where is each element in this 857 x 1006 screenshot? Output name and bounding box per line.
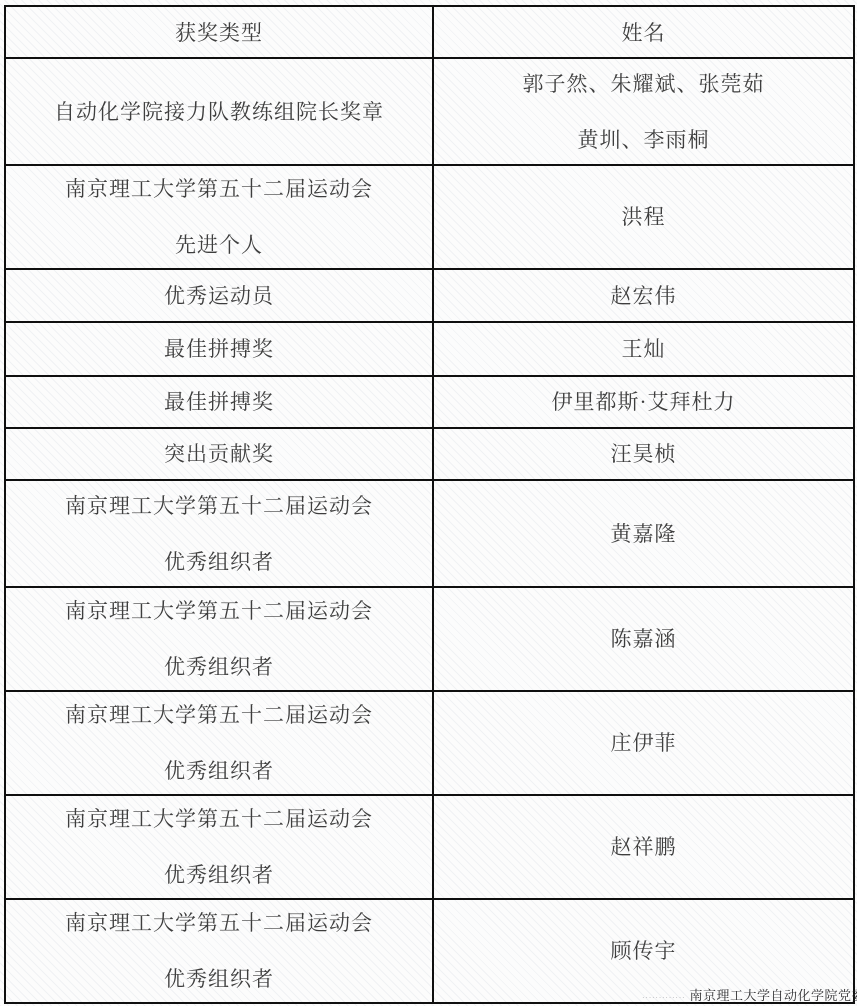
award-type-text: 南京理工大学第五十二届运动会 <box>65 911 373 935</box>
award-type-cell: 最佳拼搏奖 <box>5 322 433 376</box>
name-cell: 洪程 <box>433 165 854 269</box>
award-type-cell: 南京理工大学第五十二届运动会 优秀组织者 <box>5 587 433 691</box>
award-type-text: 先进个人 <box>175 233 263 257</box>
award-type-text: 优秀组织者 <box>164 759 274 783</box>
name-text: 陈嘉涵 <box>611 627 677 651</box>
name-cell: 赵宏伟 <box>433 269 854 322</box>
name-text: 黄圳、李雨桐 <box>578 128 710 152</box>
name-text: 王灿 <box>622 337 666 361</box>
name-cell: 庄伊菲 <box>433 691 854 795</box>
award-type-cell: 最佳拼搏奖 <box>5 376 433 428</box>
watermark-micro-text: ············· <box>642 994 685 1002</box>
award-type-text: 优秀运动员 <box>164 284 274 308</box>
award-type-text: 南京理工大学第五十二届运动会 <box>65 494 373 518</box>
table-row: 南京理工大学第五十二届运动会 先进个人 洪程 <box>5 165 854 269</box>
header-award-type: 获奖类型 <box>5 6 433 58</box>
name-cell: 黄嘉隆 <box>433 480 854 587</box>
table-row: 南京理工大学第五十二届运动会 优秀组织者 庄伊菲 <box>5 691 854 795</box>
award-type-cell: 南京理工大学第五十二届运动会 先进个人 <box>5 165 433 269</box>
table-row: 南京理工大学第五十二届运动会 优秀组织者 黄嘉隆 <box>5 480 854 587</box>
name-text: 郭子然、朱耀斌、张莞茹 <box>523 72 765 96</box>
award-type-cell: 突出贡献奖 <box>5 428 433 480</box>
name-cell: 伊里都斯·艾拜杜力 <box>433 376 854 428</box>
name-cell: 王灿 <box>433 322 854 376</box>
awards-table: 获奖类型 姓名 自动化学院接力队教练组院长奖章 郭子然、朱耀斌、张莞茹 黄圳、李… <box>4 5 855 1004</box>
award-type-cell: 优秀运动员 <box>5 269 433 322</box>
award-type-text: 南京理工大学第五十二届运动会 <box>65 599 373 623</box>
name-text: 庄伊菲 <box>611 731 677 755</box>
award-type-text: 南京理工大学第五十二届运动会 <box>65 177 373 201</box>
name-cell: 汪昊桢 <box>433 428 854 480</box>
table-row: 自动化学院接力队教练组院长奖章 郭子然、朱耀斌、张莞茹 黄圳、李雨桐 <box>5 58 854 165</box>
name-text: 伊里都斯·艾拜杜力 <box>552 390 736 414</box>
name-cell: 赵祥鹏 <box>433 795 854 899</box>
award-type-cell: 南京理工大学第五十二届运动会 优秀组织者 <box>5 480 433 587</box>
watermark-text: 南京理工大学自动化学院党委 <box>689 985 857 1004</box>
award-type-text: 优秀组织者 <box>164 863 274 887</box>
name-text: 赵宏伟 <box>611 284 677 308</box>
award-type-cell: 南京理工大学第五十二届运动会 优秀组织者 <box>5 795 433 899</box>
name-text: 黄嘉隆 <box>611 522 677 546</box>
name-text: 汪昊桢 <box>611 442 677 466</box>
award-type-text: 突出贡献奖 <box>164 442 274 466</box>
name-text: 赵祥鹏 <box>611 835 677 859</box>
table-row: 南京理工大学第五十二届运动会 优秀组织者 陈嘉涵 <box>5 587 854 691</box>
award-type-cell: 南京理工大学第五十二届运动会 优秀组织者 <box>5 691 433 795</box>
award-type-text: 南京理工大学第五十二届运动会 <box>65 703 373 727</box>
award-type-text: 自动化学院接力队教练组院长奖章 <box>54 100 384 124</box>
table-header-row: 获奖类型 姓名 <box>5 6 854 58</box>
name-cell: 陈嘉涵 <box>433 587 854 691</box>
table-row: 最佳拼搏奖 王灿 <box>5 322 854 376</box>
name-cell: 郭子然、朱耀斌、张莞茹 黄圳、李雨桐 <box>433 58 854 165</box>
award-type-text: 优秀组织者 <box>164 655 274 679</box>
name-text: 顾传宇 <box>611 939 677 963</box>
table-row: 南京理工大学第五十二届运动会 优秀组织者 赵祥鹏 <box>5 795 854 899</box>
award-type-text: 最佳拼搏奖 <box>164 390 274 414</box>
award-type-text: 优秀组织者 <box>164 967 274 991</box>
document-page: 获奖类型 姓名 自动化学院接力队教练组院长奖章 郭子然、朱耀斌、张莞茹 黄圳、李… <box>0 0 857 1006</box>
award-type-text: 最佳拼搏奖 <box>164 337 274 361</box>
table-row: 突出贡献奖 汪昊桢 <box>5 428 854 480</box>
header-name: 姓名 <box>433 6 854 58</box>
name-text: 洪程 <box>622 205 666 229</box>
award-type-cell: 自动化学院接力队教练组院长奖章 <box>5 58 433 165</box>
award-type-cell: 南京理工大学第五十二届运动会 优秀组织者 <box>5 899 433 1003</box>
award-type-text: 优秀组织者 <box>164 550 274 574</box>
table-row: 优秀运动员 赵宏伟 <box>5 269 854 322</box>
watermark: ············· 南京理工大学自动化学院党委 <box>642 985 857 1004</box>
award-type-text: 南京理工大学第五十二届运动会 <box>65 807 373 831</box>
table-row: 最佳拼搏奖 伊里都斯·艾拜杜力 <box>5 376 854 428</box>
